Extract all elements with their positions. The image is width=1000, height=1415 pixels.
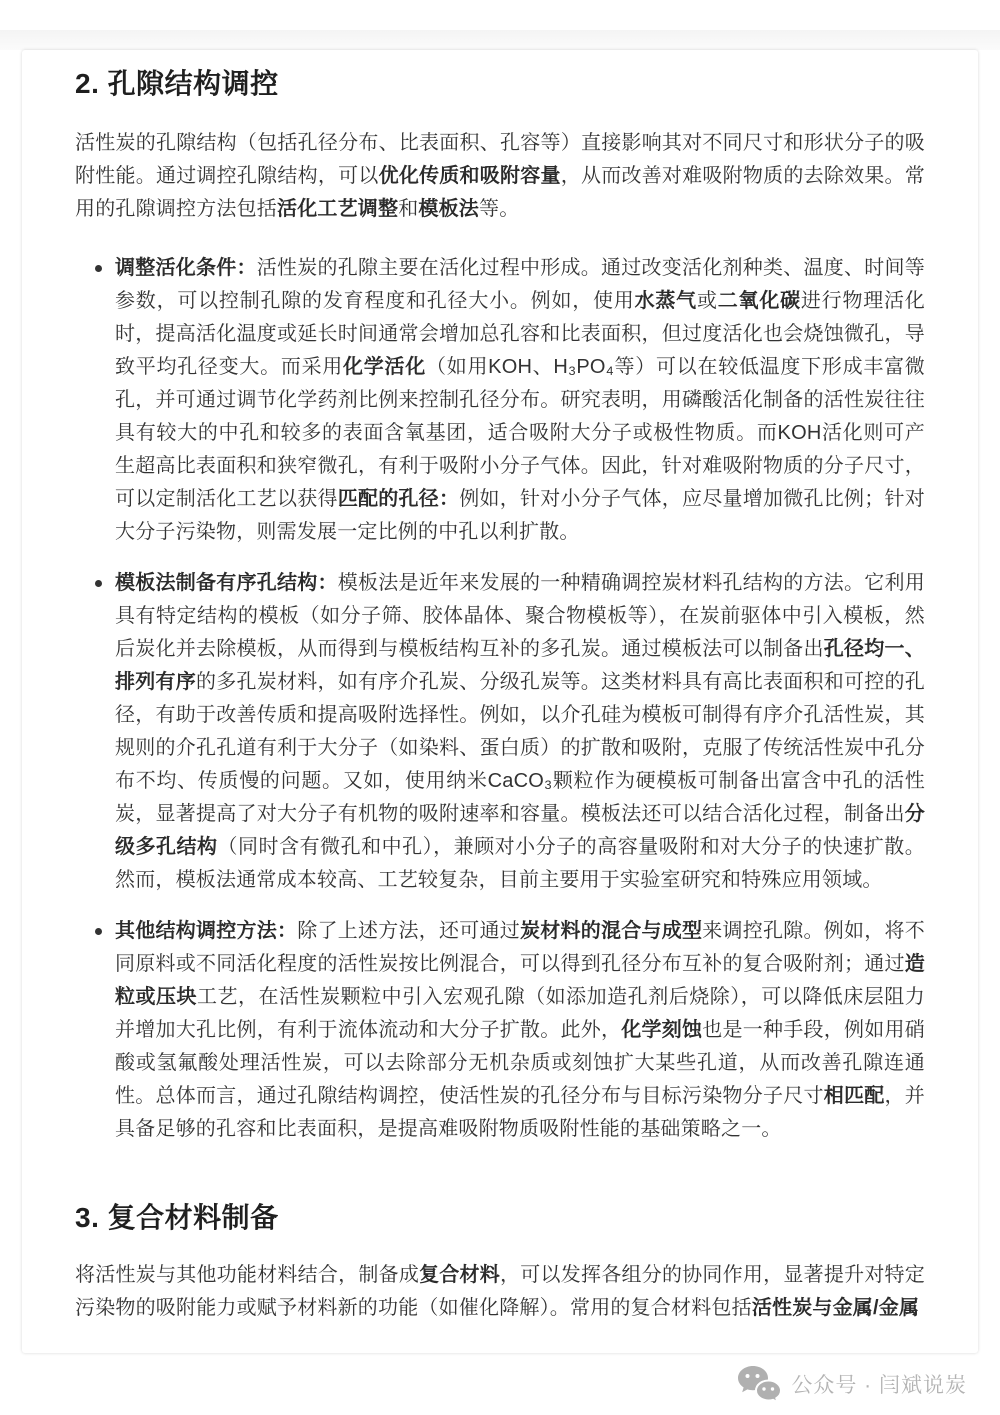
pore-structure-intro-paragraph: 活性炭的孔隙结构（包括孔径分布、比表面积、孔容等）直接影响其对不同尺寸和形状分子… bbox=[75, 127, 925, 226]
list-item-template-method: 模板法制备有序孔结构：模板法是近年来发展的一种精确调控炭材料孔结构的方法。它利用… bbox=[75, 567, 925, 897]
list-item-activation-conditions: 调整活化条件：活性炭的孔隙主要在活化过程中形成。通过改变活化剂种类、温度、时间等… bbox=[75, 252, 925, 549]
wechat-icon bbox=[737, 1365, 781, 1403]
section-composite-materials: 3. 复合材料制备 将活性炭与其他功能材料结合，制备成复合材料，可以发挥各组分的… bbox=[75, 1198, 925, 1325]
composite-materials-intro-paragraph: 将活性炭与其他功能材料结合，制备成复合材料，可以发挥各组分的协同作用，显著提升对… bbox=[75, 1259, 925, 1325]
section-heading-composite-materials: 3. 复合材料制备 bbox=[75, 1198, 925, 1237]
document-page: 2. 孔隙结构调控 活性炭的孔隙结构（包括孔径分布、比表面积、孔容等）直接影响其… bbox=[22, 50, 978, 1353]
section-pore-structure: 2. 孔隙结构调控 活性炭的孔隙结构（包括孔径分布、比表面积、孔容等）直接影响其… bbox=[75, 64, 925, 1146]
page-gap-band bbox=[0, 30, 1000, 50]
pore-structure-method-list: 调整活化条件：活性炭的孔隙主要在活化过程中形成。通过改变活化剂种类、温度、时间等… bbox=[75, 252, 925, 1146]
watermark-label: 公众号 · 闫斌说炭 bbox=[791, 1369, 967, 1399]
watermark: 公众号 · 闫斌说炭 bbox=[737, 1365, 967, 1403]
footer-row: 公众号 · 闫斌说炭 bbox=[0, 1353, 1000, 1415]
list-item-other-methods: 其他结构调控方法：除了上述方法，还可通过炭材料的混合与成型来调控孔隙。例如，将不… bbox=[75, 915, 925, 1146]
section-heading-pore-structure: 2. 孔隙结构调控 bbox=[75, 64, 925, 103]
